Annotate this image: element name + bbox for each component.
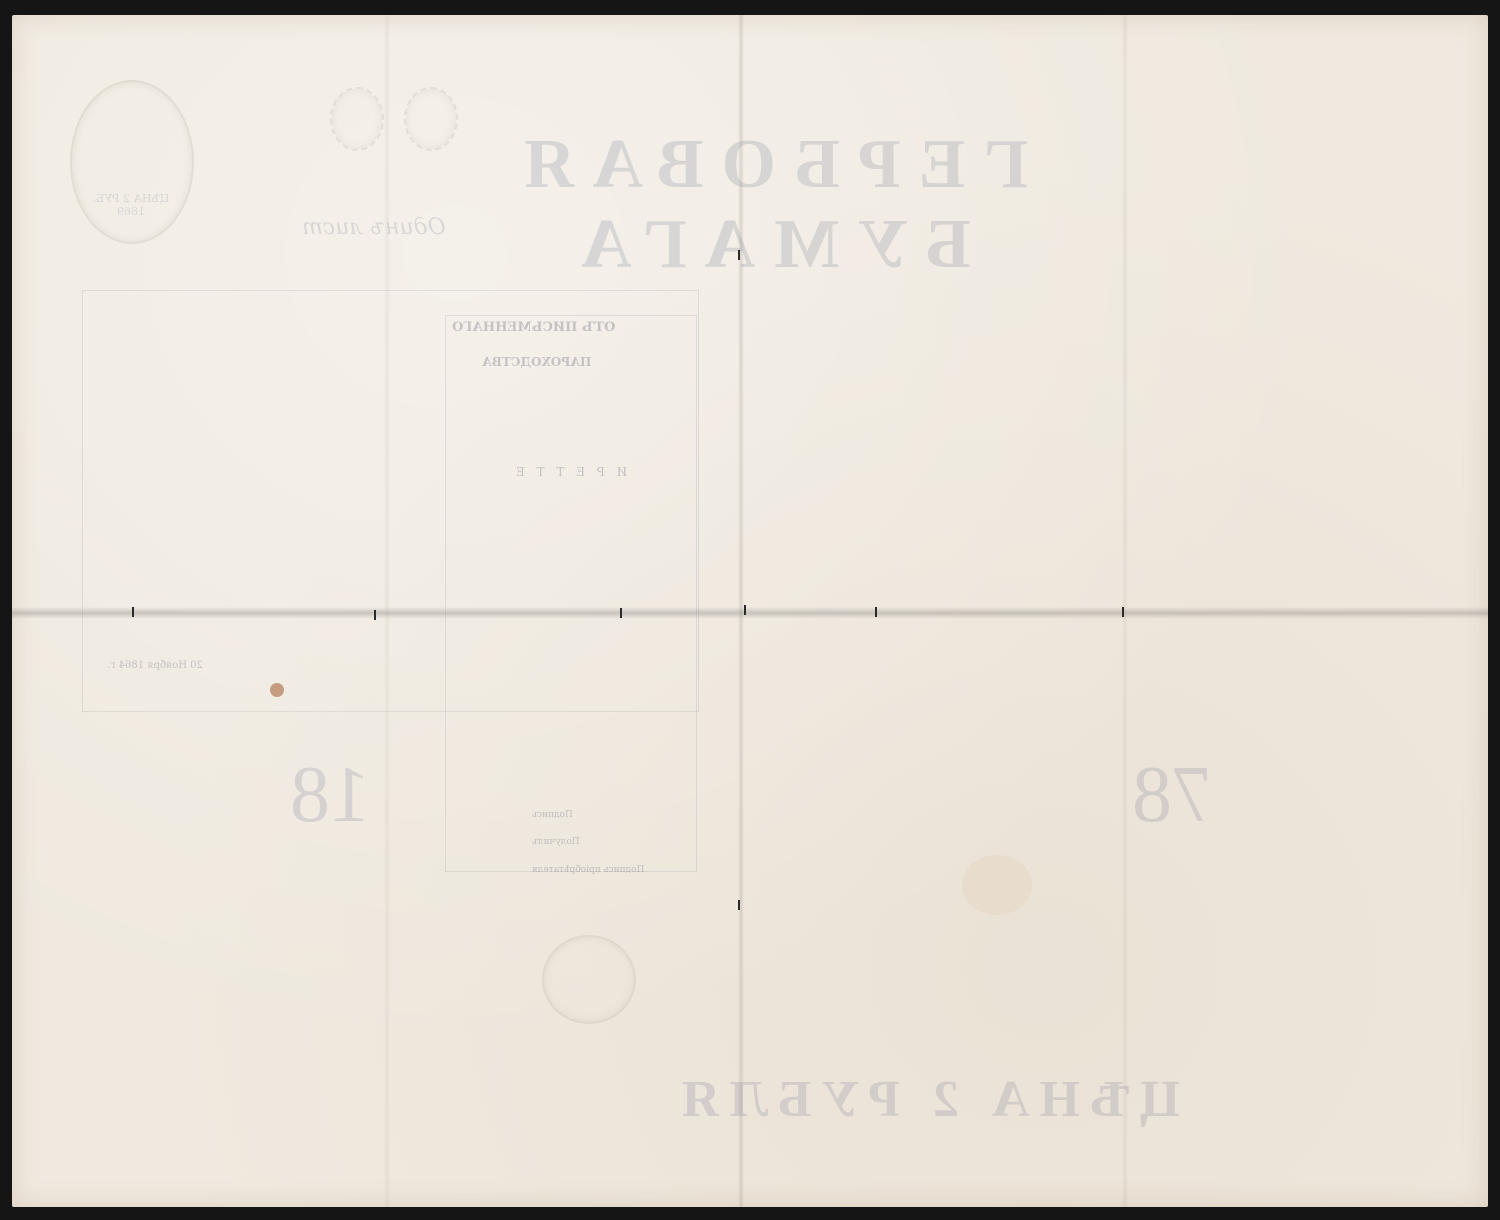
panel-letters: И Р Е Т Т Е xyxy=(512,465,627,479)
fold-tear xyxy=(738,250,740,260)
signature-line-1: Подпись xyxy=(532,810,573,820)
panel-subheader: ПАРОХОДСТВА xyxy=(482,355,591,369)
foxing-stain xyxy=(962,855,1032,915)
fold-tear xyxy=(132,607,134,617)
document-page: ЦѢНА 2 РУБ. 1869 ГЕРБОВАЯ БУМАГА Одинъ л… xyxy=(12,15,1488,1207)
embossed-seal-left: ЦѢНА 2 РУБ. 1869 xyxy=(70,80,194,244)
seal-text: ЦѢНА 2 РУБ. 1869 xyxy=(86,192,176,218)
fold-tear xyxy=(744,605,746,615)
document-heading: ГЕРБОВАЯ БУМАГА xyxy=(357,125,1177,285)
signature-line-3: Подпись пріобрѣтателя xyxy=(532,865,644,875)
price-line: ЦѢНА 2 РУБЛЯ xyxy=(672,1070,1180,1129)
signature-line-2: Получилъ xyxy=(532,837,580,847)
fold-tear xyxy=(738,900,740,910)
fold-tear xyxy=(1122,607,1124,617)
fold-tear xyxy=(620,608,622,618)
footer-date-fragment: 20 Ноября 1864 г. xyxy=(107,660,203,671)
ink-stain xyxy=(270,683,284,697)
fold-tear xyxy=(374,610,376,620)
document-subheading: Одинъ лист xyxy=(302,215,446,240)
round-stamp xyxy=(542,935,636,1024)
big-number-left: 18 xyxy=(290,750,370,841)
big-number-right: 78 xyxy=(1132,750,1212,841)
fold-tear xyxy=(875,607,877,617)
panel-header: ОТЪ ПИСЬМЕННАГО xyxy=(452,320,615,335)
center-form-frame xyxy=(445,315,697,872)
